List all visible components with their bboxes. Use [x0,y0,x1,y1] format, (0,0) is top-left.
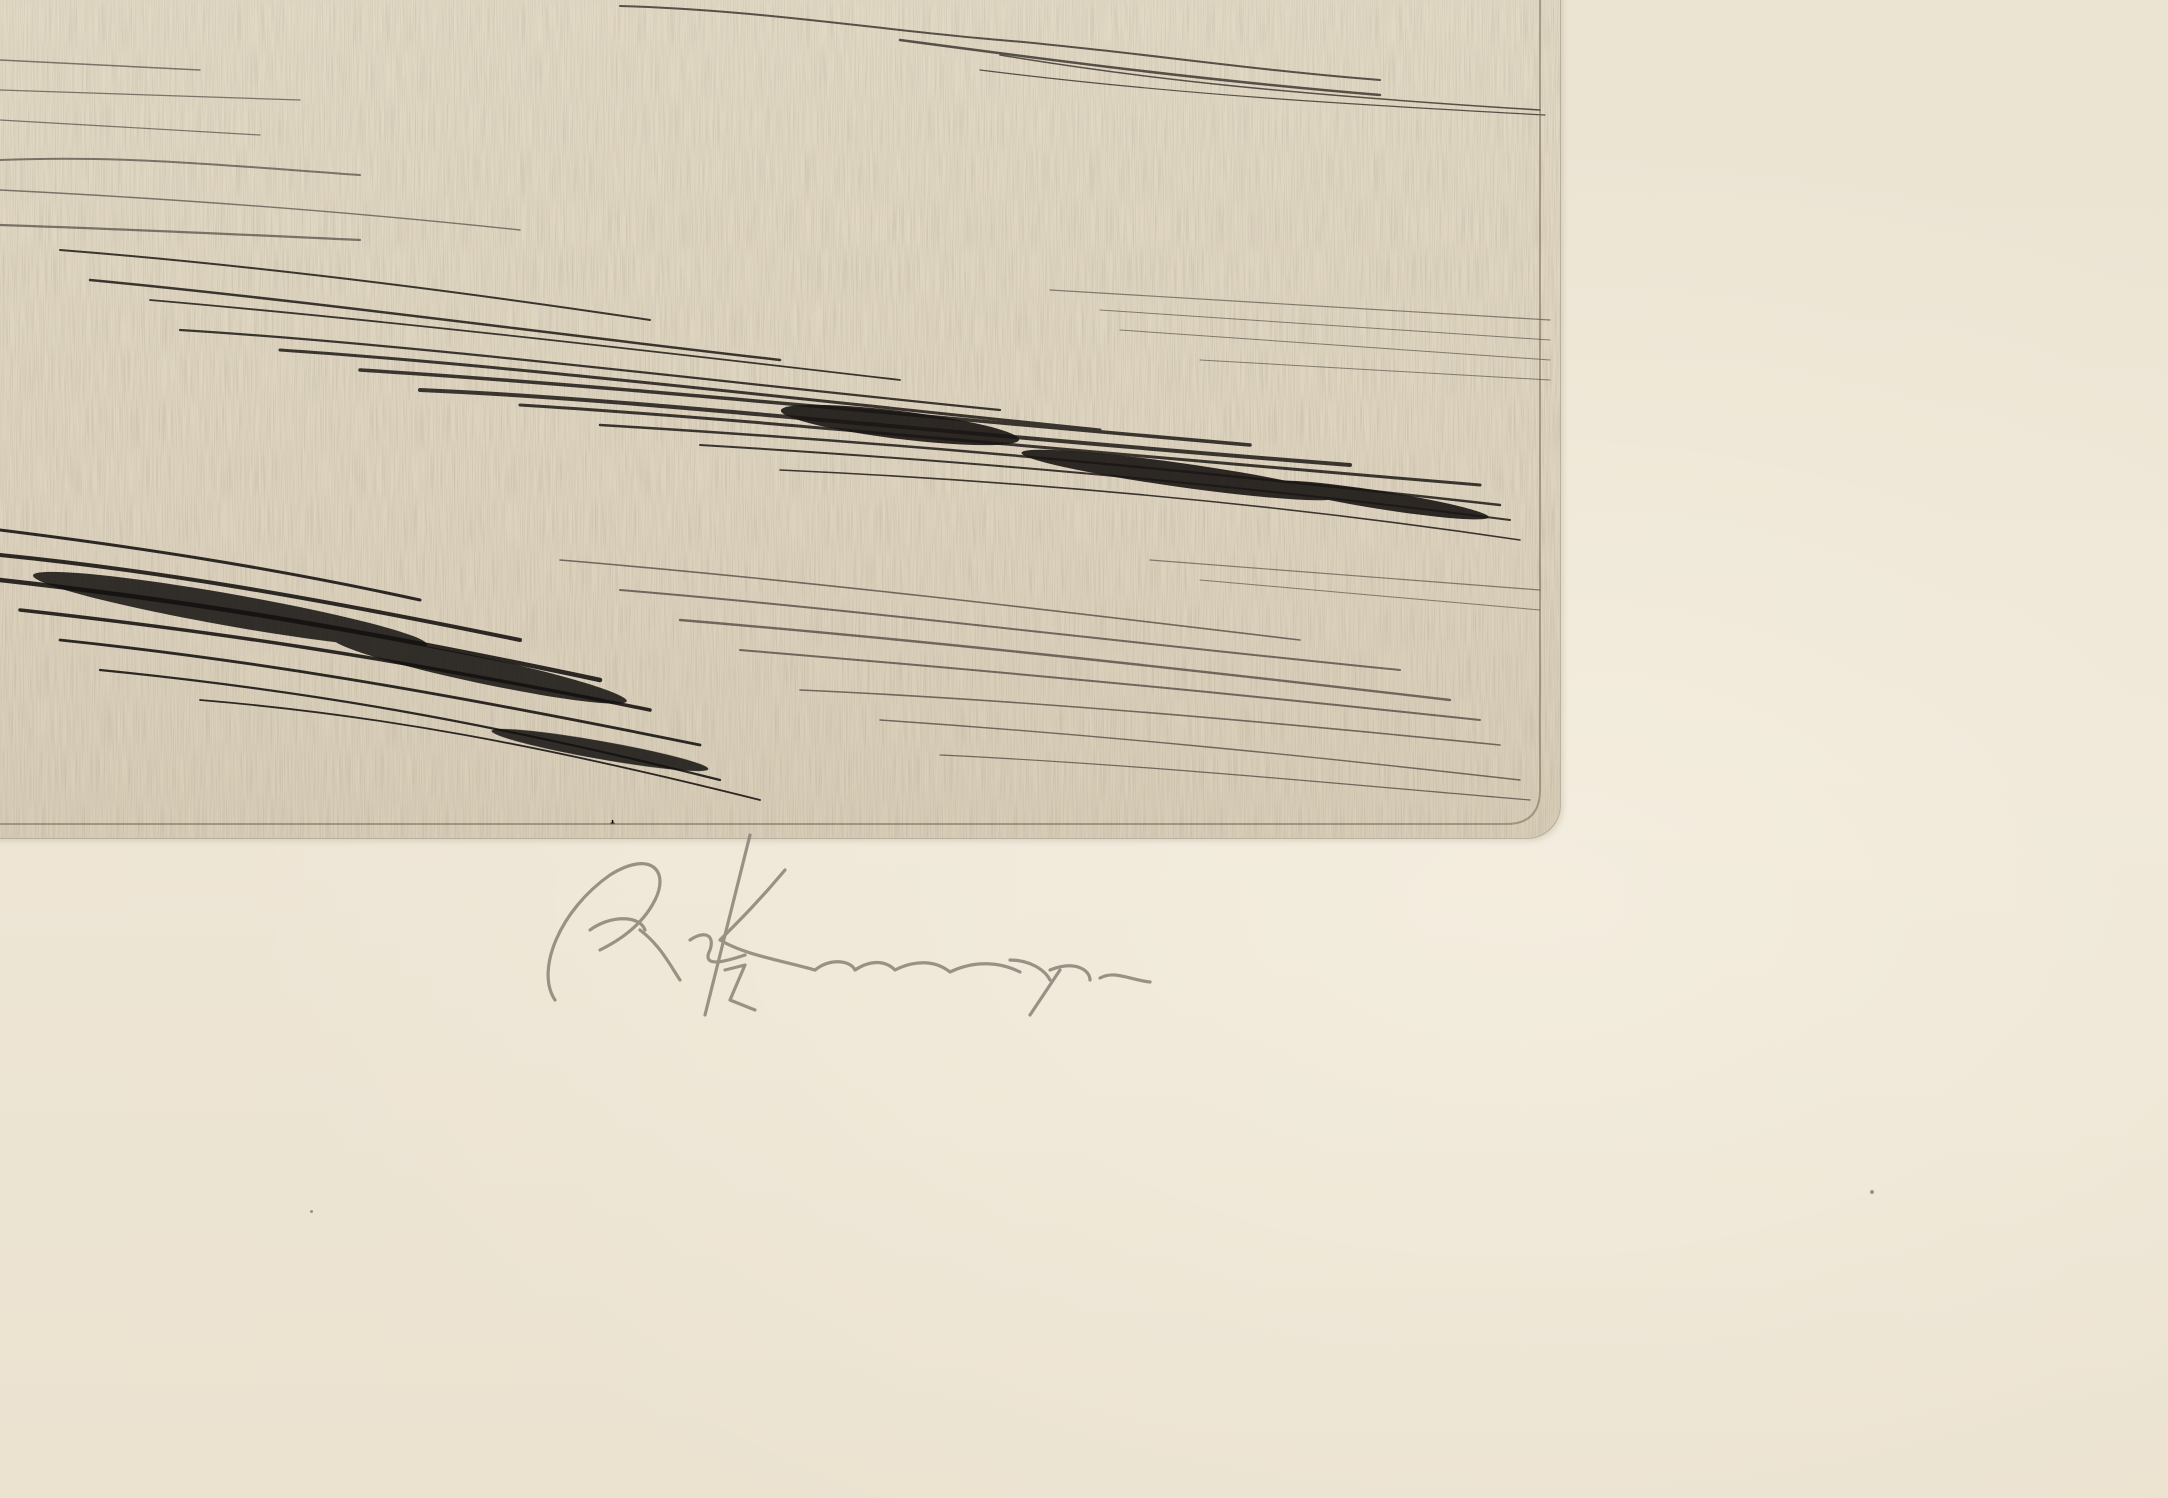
etching-plate [0,0,1560,838]
signature-text: Fritz Kempe [530,820,630,824]
etching-strokes [0,0,1560,838]
artist-signature: Fritz Kempe [530,820,1560,1030]
paper-speck [310,1210,313,1213]
paper-speck [1870,1190,1874,1194]
paper-sheet: Fritz Kempe [0,0,2168,1498]
